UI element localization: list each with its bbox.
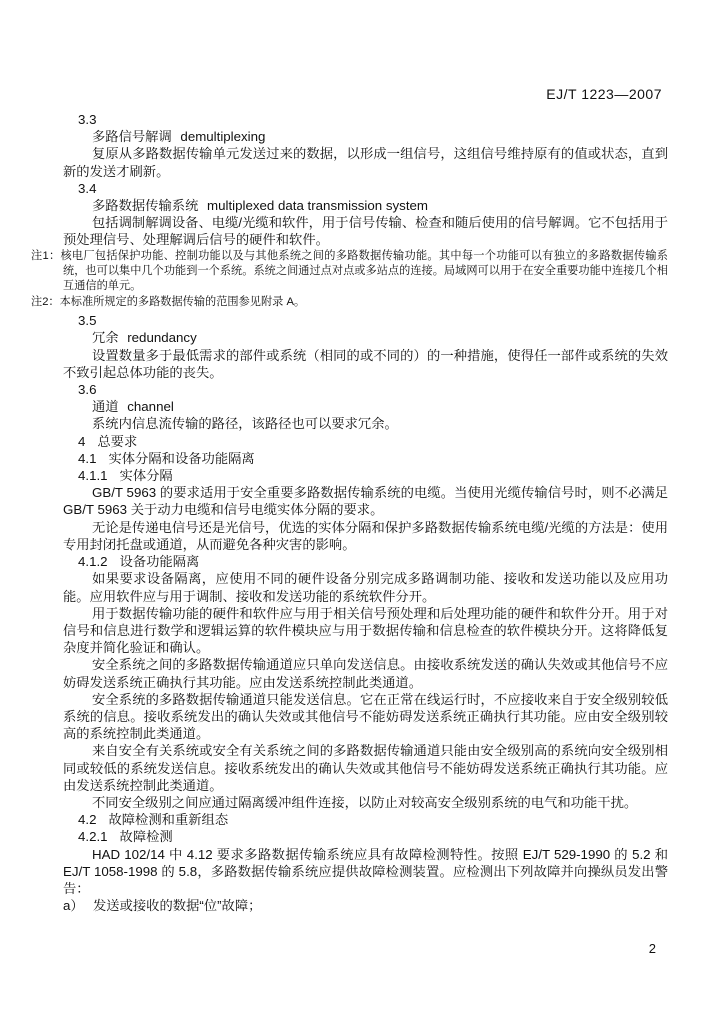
term-section-3-3: 3.3 多路信号解调demultiplexing 复原从多路数据传输单元发送过来… xyxy=(63,111,668,180)
term-number: 3.5 xyxy=(63,312,668,329)
clause-paragraph: 不同安全级别之间应通过隔离缓冲组件连接，以防止对较高安全级别系统的电气和功能干扰… xyxy=(63,794,668,811)
term-en: channel xyxy=(127,399,174,414)
clause-number: 4.1 xyxy=(78,451,97,466)
clause-paragraph: GB/T 5963 的要求适用于安全重要多路数据传输系统的电缆。当使用光缆传输信… xyxy=(63,484,668,518)
term-number: 3.3 xyxy=(63,111,668,128)
page-content: 3.3 多路信号解调demultiplexing 复原从多路数据传输单元发送过来… xyxy=(63,111,668,914)
term-definition: 系统内信息流传输的路径，该路径也可以要求冗余。 xyxy=(63,415,668,432)
term-title: 多路信号解调demultiplexing xyxy=(63,128,668,145)
clause-4: 4总要求 xyxy=(63,433,668,450)
term-number: 3.6 xyxy=(63,381,668,398)
term-title: 通道channel xyxy=(63,398,668,415)
note-label: 注2： xyxy=(31,296,60,308)
clause-title: 故障检测 xyxy=(120,829,173,844)
clause-4-2-1: 4.2.1故障检测 HAD 102/14 中 4.12 要求多路数据传输系统应具… xyxy=(63,828,668,914)
page-number: 2 xyxy=(649,941,656,956)
clause-title: 故障检测和重新组态 xyxy=(108,812,228,827)
clause-heading: 4.1.2设备功能隔离 xyxy=(63,553,668,570)
term-number: 3.4 xyxy=(63,180,668,197)
list-item-label: a） xyxy=(63,898,84,913)
clause-4-1-1: 4.1.1实体分隔 GB/T 5963 的要求适用于安全重要多路数据传输系统的电… xyxy=(63,467,668,553)
list-item-a: a）发送或接收的数据“位”故障； xyxy=(63,897,668,914)
clause-number: 4.1.2 xyxy=(78,554,108,569)
note-2: 注2：本标准所规定的多路数据传输的范围参见附录 A。 xyxy=(63,295,668,310)
clause-paragraph: 用于数据传输功能的硬件和软件应与用于相关信号预处理和后处理功能的硬件和软件分开。… xyxy=(63,605,668,657)
clause-number: 4 xyxy=(78,434,85,449)
note-text: 本标准所规定的多路数据传输的范围参见附录 A。 xyxy=(60,296,306,308)
clause-paragraph: 来自安全有关系统或安全有关系统之间的多路数据传输通道只能由安全级别高的系统向安全… xyxy=(63,742,668,794)
term-section-3-4: 3.4 多路数据传输系统multiplexed data transmissio… xyxy=(63,180,668,310)
clause-number: 4.2.1 xyxy=(78,829,108,844)
term-definition: 复原从多路数据传输单元发送过来的数据，以形成一组信号，这组信号维持原有的值或状态… xyxy=(63,145,668,179)
term-section-3-6: 3.6 通道channel 系统内信息流传输的路径，该路径也可以要求冗余。 xyxy=(63,381,668,433)
clause-4-1-2: 4.1.2设备功能隔离 如果要求设备隔离，应使用不同的硬件设备分别完成多路调制功… xyxy=(63,553,668,811)
clause-title: 设备功能隔离 xyxy=(120,554,200,569)
term-notes: 注1：核电厂包括保护功能、控制功能以及与其他系统之间的多路数据传输功能。其中每一… xyxy=(63,249,668,311)
clause-paragraph: 无论是传递电信号还是光信号，优选的实体分隔和保护多路数据传输系统电缆/光缆的方法… xyxy=(63,519,668,553)
clause-heading: 4.2.1故障检测 xyxy=(63,828,668,845)
clause-heading: 4.1.1实体分隔 xyxy=(63,467,668,484)
standard-number: EJ/T 1223—2007 xyxy=(546,86,662,102)
clause-paragraph: 安全系统的多路数据传输通道只能发送信息。它在正常在线运行时，不应接收来自于安全级… xyxy=(63,691,668,743)
term-definition: 包括调制解调设备、电缆/光缆和软件，用于信号传输、检查和随后使用的信号解调。它不… xyxy=(63,214,668,248)
clause-heading: 4总要求 xyxy=(63,433,668,450)
note-1: 注1：核电厂包括保护功能、控制功能以及与其他系统之间的多路数据传输功能。其中每一… xyxy=(63,249,668,295)
document-page: EJ/T 1223—2007 3.3 多路信号解调demultiplexing … xyxy=(0,0,724,1024)
note-label: 注1： xyxy=(31,250,60,262)
clause-title: 实体分隔 xyxy=(120,468,173,483)
clause-number: 4.2 xyxy=(78,812,97,827)
running-header: EJ/T 1223—2007 xyxy=(546,86,662,102)
term-definition: 设置数量多于最低需求的部件或系统（相同的或不同的）的一种措施，使得任一部件或系统… xyxy=(63,347,668,381)
list-item-text: 发送或接收的数据“位”故障； xyxy=(93,898,261,913)
clause-number: 4.1.1 xyxy=(78,468,108,483)
clause-4-1: 4.1实体分隔和设备功能隔离 xyxy=(63,450,668,467)
note-text: 核电厂包括保护功能、控制功能以及与其他系统之间的多路数据传输功能。其中每一个功能… xyxy=(60,250,668,293)
term-section-3-5: 3.5 冗余redundancy 设置数量多于最低需求的部件或系统（相同的或不同… xyxy=(63,312,668,381)
clause-title: 实体分隔和设备功能隔离 xyxy=(108,451,254,466)
clause-4-2: 4.2故障检测和重新组态 xyxy=(63,811,668,828)
term-cn: 冗余 xyxy=(92,330,119,345)
term-cn: 多路信号解调 xyxy=(92,129,172,144)
term-cn: 多路数据传输系统 xyxy=(92,198,198,213)
clause-paragraph: 安全系统之间的多路数据传输通道应只单向发送信息。由接收系统发送的确认失效或其他信… xyxy=(63,656,668,690)
clause-heading: 4.2故障检测和重新组态 xyxy=(63,811,668,828)
term-title: 多路数据传输系统multiplexed data transmission sy… xyxy=(63,197,668,214)
term-title: 冗余redundancy xyxy=(63,329,668,346)
term-en: multiplexed data transmission system xyxy=(207,198,428,213)
term-en: demultiplexing xyxy=(180,129,265,144)
term-en: redundancy xyxy=(127,330,197,345)
clause-heading: 4.1实体分隔和设备功能隔离 xyxy=(63,450,668,467)
clause-paragraph: 如果要求设备隔离，应使用不同的硬件设备分别完成多路调制功能、接收和发送功能以及应… xyxy=(63,570,668,604)
clause-title: 总要求 xyxy=(97,434,137,449)
clause-paragraph: HAD 102/14 中 4.12 要求多路数据传输系统应具有故障检测特性。按照… xyxy=(63,846,668,898)
term-cn: 通道 xyxy=(92,399,119,414)
